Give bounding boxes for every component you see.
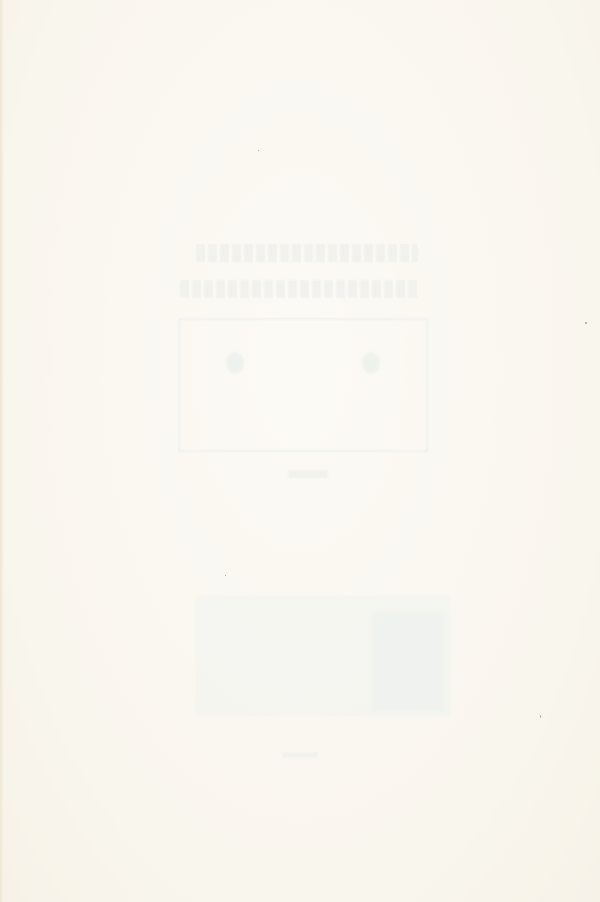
paper-speck: [225, 575, 226, 576]
bleed-through-illustration-detail: [372, 612, 444, 712]
bleed-through-title-line: [180, 280, 420, 298]
paper-speck: [258, 150, 259, 151]
scanned-page: [0, 0, 600, 902]
bleed-through-caption: [282, 752, 318, 758]
bleed-through-caption: [288, 470, 328, 478]
bleed-through-emblem-icon: [226, 352, 244, 374]
paper-speck: [585, 322, 587, 324]
page-binding-edge: [0, 0, 4, 902]
bleed-through-title-line: [196, 244, 418, 262]
bleed-through-emblem-icon: [362, 352, 380, 374]
paper-speck: [540, 715, 541, 718]
bleed-through-emblem-frame: [178, 318, 428, 452]
